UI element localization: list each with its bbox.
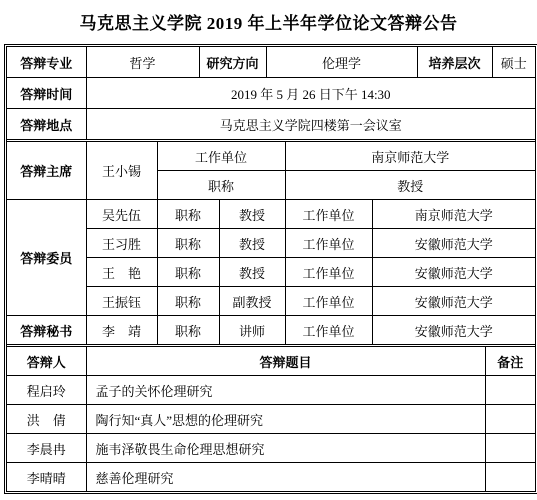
member-unit: 安徽师范大学: [372, 258, 535, 287]
defense-row: 李晴晴 慈善伦理研究: [7, 463, 535, 492]
direction-value: 伦理学: [266, 47, 417, 78]
secretary-title-label: 职称: [157, 316, 219, 345]
row-place: 答辩地点 马克思主义学院四楼第一会议室: [7, 109, 535, 140]
secretary-label: 答辩秘书: [7, 316, 86, 345]
member-title-label: 职称: [157, 287, 219, 316]
defense-row: 程启玲 孟子的关怀伦理研究: [7, 376, 535, 405]
topic-header: 答辩题目: [86, 346, 485, 376]
member-unit: 安徽师范大学: [372, 287, 535, 316]
defender-name: 程启玲: [7, 376, 86, 405]
member-unit: 安徽师范大学: [372, 229, 535, 258]
committee-label: 答辩委员: [7, 200, 86, 316]
member-name: 吴先伍: [86, 200, 157, 229]
place-label: 答辩地点: [7, 109, 86, 140]
defense-row: 洪 倩 陶行知“真人”思想的伦理研究: [7, 405, 535, 434]
member-title: 教授: [219, 200, 285, 229]
defender-name: 李晨冉: [7, 434, 86, 463]
committee-row: 王 艳 职称 教授 工作单位 安徽师范大学: [7, 258, 535, 287]
member-title: 副教授: [219, 287, 285, 316]
info-section: 答辩专业 哲学 研究方向 伦理学 培养层次 硕士 答辩时间 2019 年 5 月…: [7, 47, 535, 139]
member-unit-label: 工作单位: [285, 229, 372, 258]
remark-cell: [485, 405, 535, 434]
member-unit-label: 工作单位: [285, 287, 372, 316]
member-name: 王 艳: [86, 258, 157, 287]
time-label: 答辩时间: [7, 78, 86, 109]
secretary-unit: 安徽师范大学: [372, 316, 535, 345]
people-section: 答辩主席 王小锡 工作单位 南京师范大学 职称 教授 答辩委员 吴先伍 职称 教…: [7, 139, 535, 344]
defense-header-row: 答辩人 答辩题目 备注: [7, 346, 535, 376]
chair-title-value: 教授: [285, 171, 535, 200]
member-title: 教授: [219, 229, 285, 258]
row-chair-unit: 答辩主席 王小锡 工作单位 南京师范大学: [7, 141, 535, 171]
remark-cell: [485, 376, 535, 405]
committee-row: 王习胜 职称 教授 工作单位 安徽师范大学: [7, 229, 535, 258]
defense-topic: 陶行知“真人”思想的伦理研究: [86, 405, 485, 434]
member-title-label: 职称: [157, 258, 219, 287]
defense-topic: 施韦泽敬畏生命伦理思想研究: [86, 434, 485, 463]
member-name: 王振钰: [86, 287, 157, 316]
level-value: 硕士: [492, 47, 535, 78]
row-time: 答辩时间 2019 年 5 月 26 日下午 14:30: [7, 78, 535, 109]
remark-cell: [485, 463, 535, 492]
member-unit-label: 工作单位: [285, 258, 372, 287]
secretary-title: 讲师: [219, 316, 285, 345]
chair-unit-value: 南京师范大学: [285, 141, 535, 171]
member-title-label: 职称: [157, 229, 219, 258]
major-value: 哲学: [86, 47, 199, 78]
chair-label: 答辩主席: [7, 141, 86, 200]
committee-row: 答辩委员 吴先伍 职称 教授 工作单位 南京师范大学: [7, 200, 535, 229]
member-unit-label: 工作单位: [285, 200, 372, 229]
defense-row: 李晨冉 施韦泽敬畏生命伦理思想研究: [7, 434, 535, 463]
announcement-page: 马克思主义学院 2019 年上半年学位论文答辩公告 答辩专业 哲学 研究方向 伦…: [0, 0, 537, 500]
direction-label: 研究方向: [199, 47, 266, 78]
row-major: 答辩专业 哲学 研究方向 伦理学 培养层次 硕士: [7, 47, 535, 78]
member-title: 教授: [219, 258, 285, 287]
row-secretary: 答辩秘书 李 靖 职称 讲师 工作单位 安徽师范大学: [7, 316, 535, 345]
defender-name: 李晴晴: [7, 463, 86, 492]
defense-section: 答辩人 答辩题目 备注 程启玲 孟子的关怀伦理研究 洪 倩 陶行知“真人”思想的…: [7, 344, 535, 491]
member-title-label: 职称: [157, 200, 219, 229]
member-unit: 南京师范大学: [372, 200, 535, 229]
secretary-name: 李 靖: [86, 316, 157, 345]
place-value: 马克思主义学院四楼第一会议室: [86, 109, 535, 140]
time-value: 2019 年 5 月 26 日下午 14:30: [86, 78, 535, 109]
chair-unit-label: 工作单位: [157, 141, 285, 171]
defense-topic: 慈善伦理研究: [86, 463, 485, 492]
defense-topic: 孟子的关怀伦理研究: [86, 376, 485, 405]
announcement-table: 答辩专业 哲学 研究方向 伦理学 培养层次 硕士 答辩时间 2019 年 5 月…: [4, 44, 537, 494]
remark-header: 备注: [485, 346, 535, 376]
chair-name: 王小锡: [86, 141, 157, 200]
member-name: 王习胜: [86, 229, 157, 258]
level-label: 培养层次: [417, 47, 492, 78]
remark-cell: [485, 434, 535, 463]
chair-title-label: 职称: [157, 171, 285, 200]
committee-row: 王振钰 职称 副教授 工作单位 安徽师范大学: [7, 287, 535, 316]
major-label: 答辩专业: [7, 47, 86, 78]
person-header: 答辩人: [7, 346, 86, 376]
defender-name: 洪 倩: [7, 405, 86, 434]
secretary-unit-label: 工作单位: [285, 316, 372, 345]
page-title: 马克思主义学院 2019 年上半年学位论文答辩公告: [0, 9, 537, 34]
